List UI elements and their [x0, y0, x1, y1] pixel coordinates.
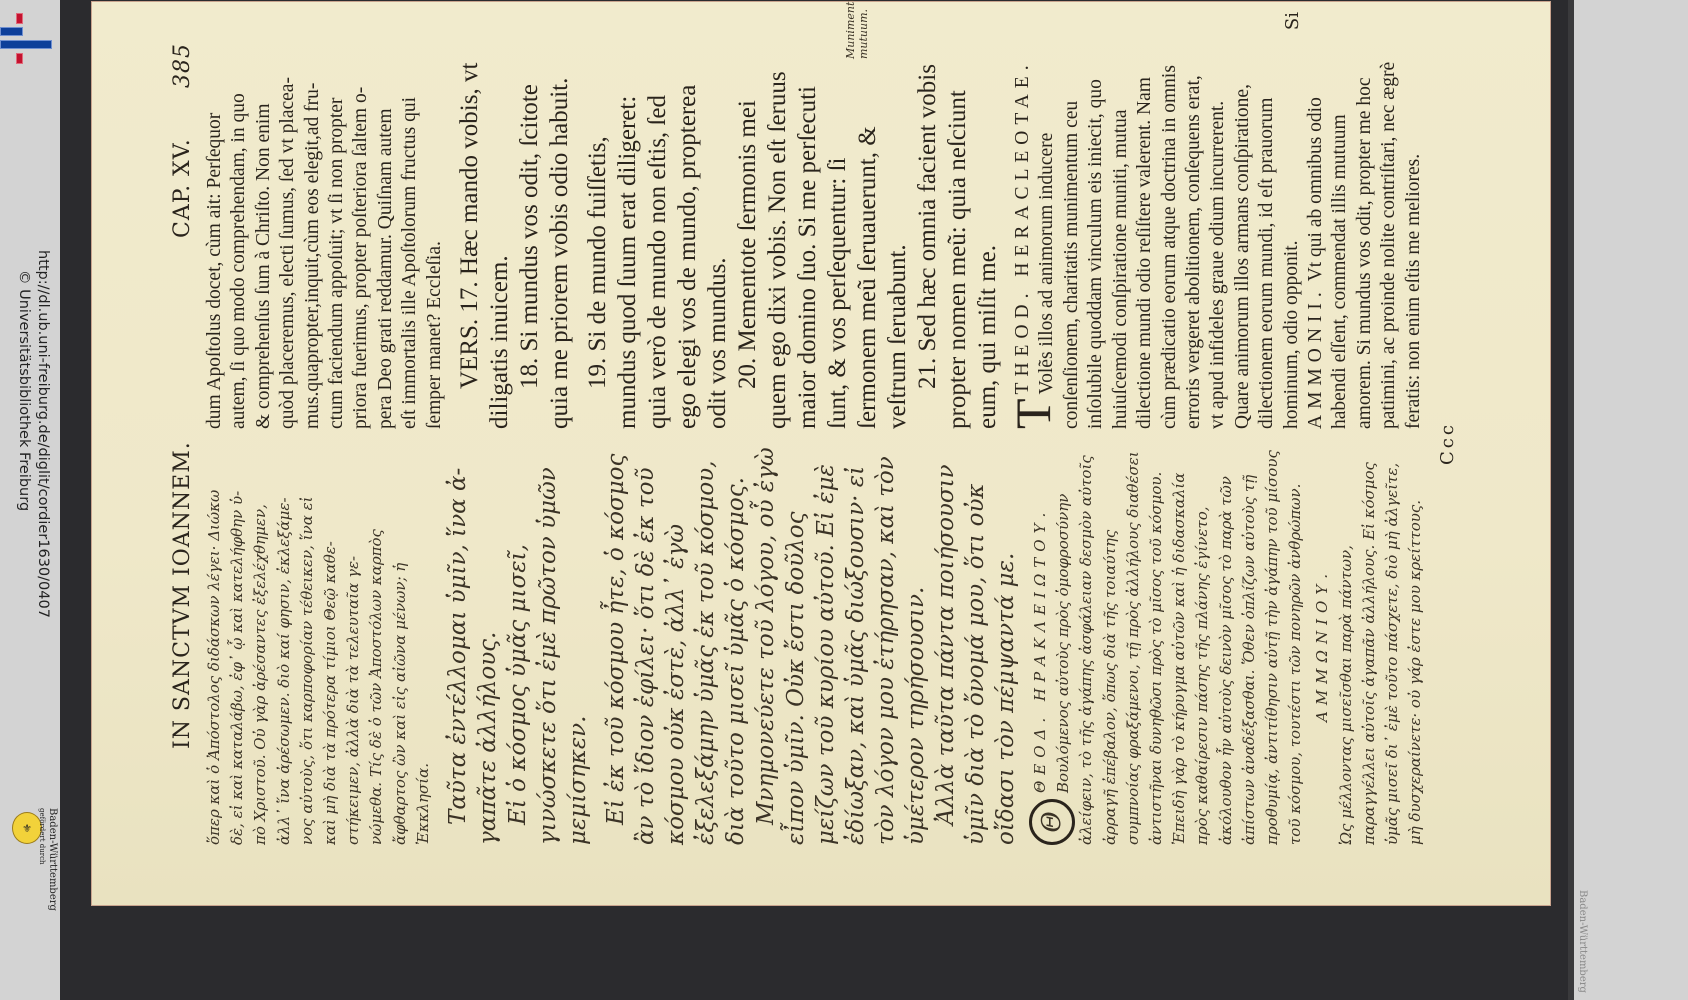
latin-line: ſemper manet? Eccleſia. [423, 59, 447, 429]
latin-ammonius-heading: AMMONII. [1305, 286, 1326, 429]
latin-line: eſt immortalis ille Apoſtolorum fructus … [398, 59, 422, 429]
greek-verse-21: Ἀλλὰ ταῦτα πάντα ποιήσουσιν ὑμῖν διὰ τὸ … [931, 445, 1021, 845]
greek-verse-17: Ταῦτα ἐντέλλομαι ὑμῖν, ἵνα ἀ-γαπᾶτε ἀλλή… [443, 445, 503, 845]
viewer-right-margin: Baden-Württemberg [1568, 0, 1688, 1000]
greek-verse-20: Μνημονεύετε τοῦ λόγου, οὗ ἐγὼ εἶπον ὑμῖν… [751, 445, 931, 845]
page-number: 385 [170, 48, 195, 88]
latin-line: mus.quapropter,inquit,cùm eos elegit,ad … [301, 59, 325, 429]
greek-theodorus-commentary: Βουλόμενος αὐτοὺς πρὸς ὁμοφροσύνην ἀλείφ… [1052, 445, 1307, 845]
greek-verse-19: Εἰ ἐκ τοῦ κόσμου ἦτε, ὁ κόσμος ἂν τὸ ἴδι… [601, 445, 751, 845]
greek-ammonius-commentary: Ὡς μέλλοντας μισεῖσθαι παρὰ πάντων, παρα… [1335, 445, 1428, 845]
greek-theodorus-heading: ΘΕΟΔ. ΗΡΑΚΛΕΙΩΤΟΥ. [1029, 445, 1052, 845]
latin-verse-17: VERS. 17. Hæc mando vobis, vt diligatis … [455, 59, 515, 429]
latin-line: ctum faciendum appoſuit; vt ſi non propt… [325, 59, 349, 429]
greek-line: ἀλλ᾽ ἵνα ἀρέσωμεν. διὸ καί φησιν, ἐκλεξά… [273, 445, 296, 845]
faint-mirror-text: Baden-Württemberg [1577, 890, 1588, 993]
scan-viewport: IN SANCTVM IOANNEM. CAP. XV. 385 ὅπερ κα… [92, 2, 1550, 905]
latin-verse-20: 20. Mementote ſermonis mei quem ego dixi… [733, 59, 913, 429]
latin-line: priora fuerimus, propter poſteriora ſalt… [349, 59, 373, 429]
permalink-url[interactable]: http://dl.ub.uni-freiburg.de/diglit/cord… [33, 250, 52, 700]
latin-initial-t: T [1011, 398, 1055, 429]
latin-column: dum Apoſtolus docet, cùm ait: Perſequor … [203, 59, 1427, 429]
latin-line: autem, ſi quo modo comprehendam, in quo [227, 59, 251, 429]
copyright-notice: © Universitätsbibliothek Freiburg [14, 250, 33, 700]
greek-line: καὶ μὴ διὰ τὰ πρότερα τίμιοι Θεῷ καθε- [319, 445, 342, 845]
margin-note: Munimentum mutuum. [844, 9, 870, 59]
funder-label: gefördert durch [38, 808, 46, 865]
latin-theodorus-commentary: Volẽs illos ad animorum inducere conſenſ… [1035, 59, 1303, 429]
signature-mark: Ccc [1437, 42, 1458, 845]
greek-line: Ἐκκλησία. [412, 445, 435, 845]
greek-line: νώμεθα. Τίς δὲ ὁ τῶν Ἀποστόλων καρπὸς [365, 445, 388, 845]
latin-theodorus-heading: THEOD. HERACLEOTAE. [1011, 59, 1035, 429]
greek-line: στήκειμεν, ἀλλὰ διὰ τὰ τελευταῖα γε- [342, 445, 365, 845]
greek-ammonius-heading: ΑΜΜΩΝΙΟΥ. [1311, 445, 1334, 845]
greek-line: πὸ Χριστοῦ. Οὐ γὰρ ἀρέσαντες ἐξελέχθημεν… [249, 445, 272, 845]
latin-line: dum Apoſtolus docet, cùm ait: Perſequor [203, 59, 227, 429]
greek-initial-theta: Θ [1029, 799, 1075, 845]
source-url-label: http://dl.ub.uni-freiburg.de/diglit/cord… [12, 250, 52, 700]
funder-block: ⚜ gefördert durch Baden-Württemberg [0, 800, 60, 1000]
scan-edge [1568, 0, 1574, 1000]
greek-line: ὅπερ καὶ ὁ Ἀπόστολος διδάσκων λέγει· Διώ… [203, 445, 226, 845]
greek-verse-18: Εἰ ὁ κόσμος ὑμᾶς μισεῖ, γινώσκετε ὅτι ἐμ… [503, 445, 593, 845]
greek-column: ὅπερ καὶ ὁ Ἀπόστολος διδάσκων λέγει· Διώ… [203, 445, 1427, 845]
book-page: IN SANCTVM IOANNEM. CAP. XV. 385 ὅπερ κα… [92, 2, 1550, 905]
library-logo-icon[interactable] [0, 10, 60, 60]
latin-line: quòd placeremus, electi ſumus, ſed vt pl… [276, 59, 300, 429]
latin-line: & comprehenſus ſum à Chriſto. Non enim [252, 59, 276, 429]
greek-line: δὲ, εἰ καὶ καταλάβω, ἐφ᾽ ᾧ καὶ κατελήφθη… [226, 445, 249, 845]
latin-line: pera Deo grati reddamur. Quiſnam autem [374, 59, 398, 429]
running-title: IN SANCTVM IOANNEM. [170, 238, 195, 749]
funder-name: Baden-Württemberg [47, 808, 58, 911]
latin-verse-19: 19. Si de mundo fuiſſetis, mundus quod ſ… [583, 59, 733, 429]
latin-verse-18: 18. Si mundus vos odit, ſcitote quia me … [515, 59, 575, 429]
greek-line: νος αὐτοὺς, ὅτι καρποφορίαν τέθεικεν, ἵν… [296, 445, 319, 845]
viewer-sidebar: http://dl.ub.uni-freiburg.de/diglit/cord… [0, 0, 60, 1000]
latin-verse-21: 21. Sed hæc omnia facient vobis propter … [913, 59, 1003, 429]
catchword: Si [1282, 12, 1303, 30]
chapter-label: CAP. XV. [170, 88, 195, 238]
running-head: IN SANCTVM IOANNEM. CAP. XV. 385 [170, 42, 195, 845]
greek-line: ἄφθαρτος ὢν καὶ εἰς αἰῶνα μένων; ἡ [389, 445, 412, 845]
